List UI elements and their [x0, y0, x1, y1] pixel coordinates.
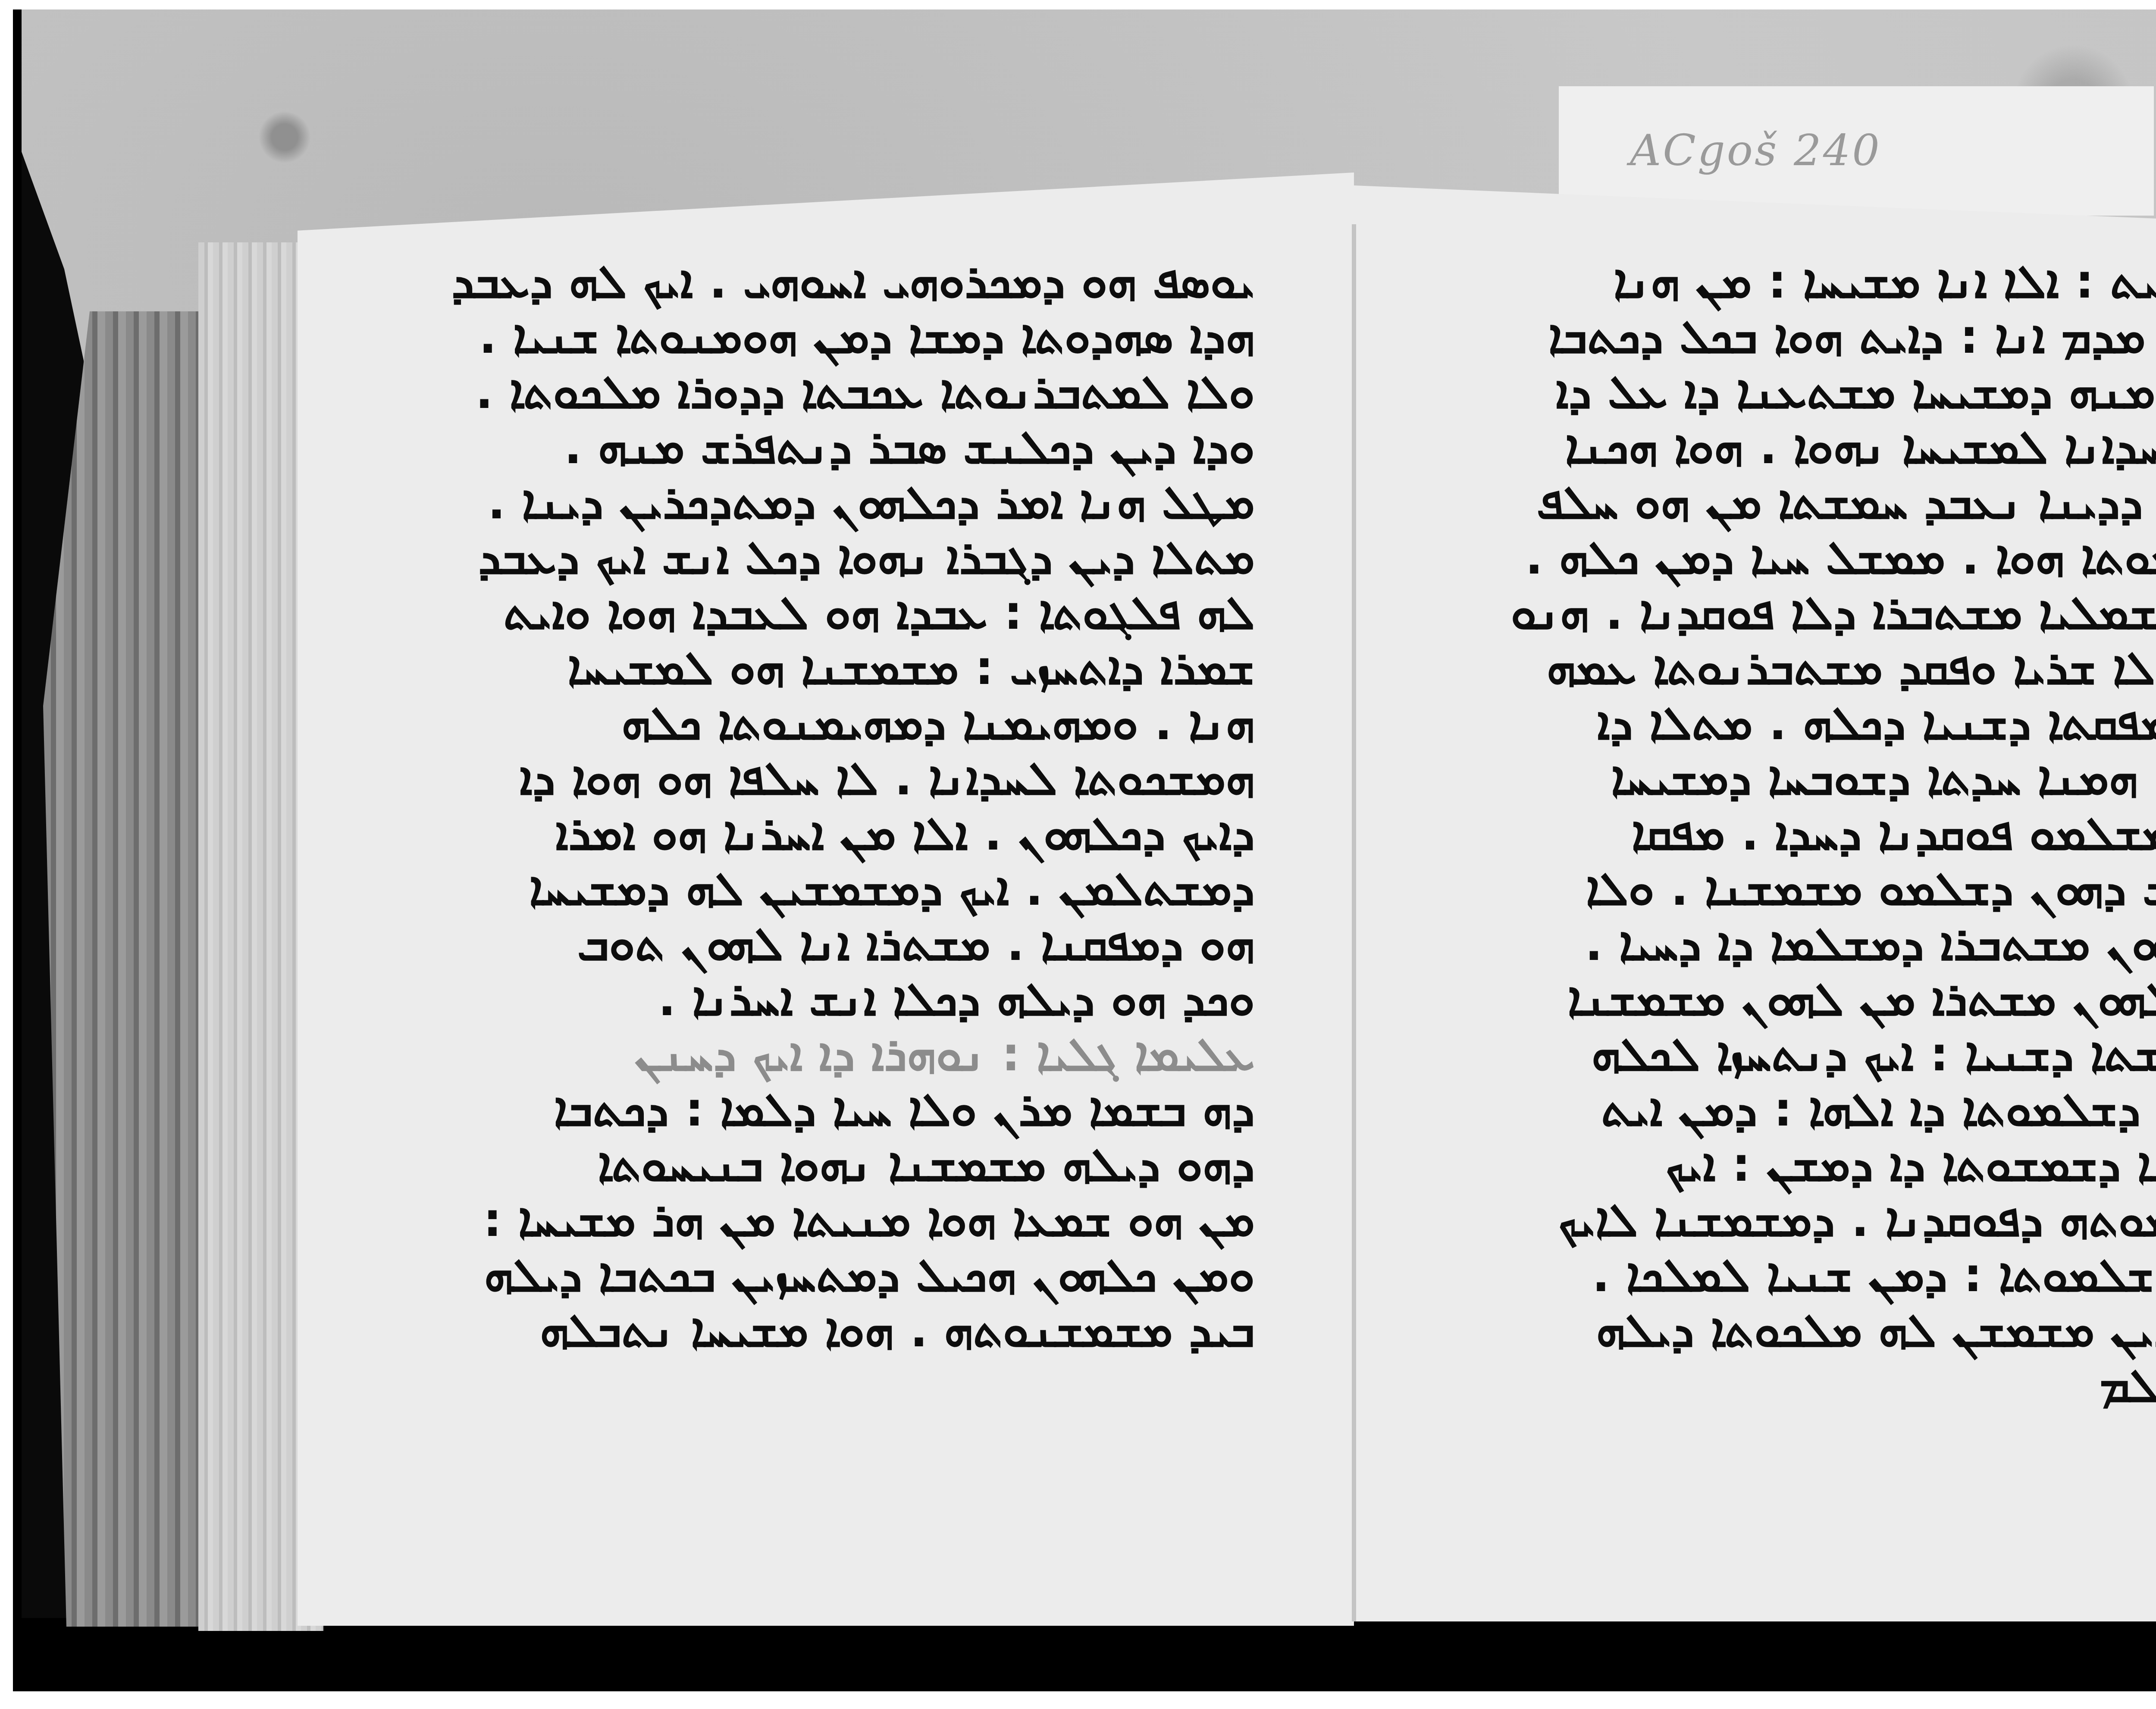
manuscript-line: ܠܐ ܠܡܫܠܡܘ ܦܘܩܕܢܐ ܕܚܕܐ . ܡܦܩܐ — [1462, 806, 2156, 862]
manuscript-line: ܗܢܐ ܕܝܢ ܡܫܡܫܢ ܠܗ ܡܠܟܘܬܐ ܕܝܠܗ — [1462, 1303, 2156, 1358]
manuscript-line: ܘܠܐ ܠܗܘܢ ܡܫܬܪܐ ܡܢ ܠܗܘܢ ܡܫܡܫܢܐ — [1462, 972, 2156, 1027]
manuscript-line: ܘܟܕ ܗܘ ܕܝܠܗ ܕܟܠܐ ܐܢܫ ܐܚܪܢܐ . — [414, 972, 1255, 1027]
manuscript-line: ܗܡܫܟܘܬܐ ܠܚܕܐܢܐ . ܠܐ ܚܠܦܐ ܗܘ ܗܘܐ ܕܐ — [414, 751, 1255, 806]
manuscript-line: ܗܘ ܕܡܦܩܢܐ . ܡܫܬܪܐ ܐܢܐ ܠܗܘܢ ܬܘܒ — [414, 917, 1255, 972]
rubric-line: ܥܠܝܡܐ ܓܠܝܐ : ܢܘܗܪܐ ܕܐ ܐܝܟ ܕܚܢܢ — [414, 1027, 1255, 1082]
right-page-text: ܕܗܘܕܝܬ : ܐܠܐ ܐܢܐ ܡܫܝܚܐ : ܡܢ ܗܢܐܗܘܠܐ ܡܕܡ … — [1462, 254, 2156, 1414]
manuscript-line: ܡܢ ܡܫܡܠܝܐ ܡܫܬܒܪܐ ܕܠܐ ܦܘܩܕܢܐ . ܗܢܘ — [1462, 586, 2156, 641]
manuscript-line: ܕܫܠܡܘܬܐ ܗܘܐ . ܡܡܫܠ ܚܝܐ ܕܡܢ ܟܠܗ . — [1462, 530, 2156, 586]
manuscript-line: ܕܐܗܘܐ ܗܡܢܐ ܚܕܬܐ ܕܫܘܒܚܐ ܕܡܫܝܚܐ — [1462, 751, 2156, 806]
manuscript-line: ܗܘܠܐ ܡܕܡ ܐܢܐ : ܕܐܝܬ ܗܘܐ ܒܟܠ ܕܟܬܒܐ — [1462, 310, 2156, 365]
manuscript-line: ܡܢ ܗܘ ܫܡܥܐ ܗܘܐ ܡܢܝܬܐ ܡܢ ܗܪ ܡܫܝܚܐ : — [414, 1193, 1255, 1248]
manuscript-line: ܕܡܫܬܠܡܢ . ܐܝܟ ܕܡܫܡܫܝܢ ܠܗ ܕܡܫܝܚܐ — [414, 862, 1255, 917]
manuscript-line: ܡܬܠܐ ܕܝܢ ܕܓܒܪܐ ܢܗܘܐ ܕܟܠ ܐܢܫ ܐܝܟ ܕܥܒܕ — [414, 530, 1255, 586]
manuscript-line: ܗܢܐ . ܘܡܗܝܡܢܐ ܕܡܗܝܡܢܘܬܐ ܟܠܗ — [414, 696, 1255, 751]
manuscript-line: ܡܚܒ ܡܢܗ ܕܡܫܝܚܐ ܡܫܬܥܢܐ ܕܐ ܥܠ ܕܐ — [1462, 365, 2156, 420]
manuscript-line: ܚܡܫܐ ܕܕܝܢܐ ܢܥܒܕ ܚܡܫܬܐ ܡܢ ܗܘ ܚܠܦ — [1462, 475, 2156, 530]
manuscript-line: ܕܕܝܢ ܫܠܡܘܬܐ : ܕܡܢ ܫܢܝܐ ܠܡܠܟܐ . — [1462, 1248, 2156, 1303]
left-page-text: ܝܘܣܦ ܗܘ ܕܡܟܪܘܗܝ ܐܚܘܗܝ . ܐܝܟ ܠܗ ܕܥܒܕܗܕܐ ܣ… — [414, 254, 1255, 1358]
manuscript-line: ܕܐܝܟ ܕܟܠܗܘܢ . ܐܠܐ ܡܢ ܐܚܪܢܐ ܗܘ ܐܡܪܐ — [414, 806, 1255, 862]
manuscript-line: ܝܘܣܦ ܗܘ ܕܡܟܪܘܗܝ ܐܚܘܗܝ . ܐܝܟ ܠܗ ܕܥܒܕ — [414, 254, 1255, 310]
manuscript-line: ܘܠܐ ܠܡܬܒܪܢܘܬܐ ܥܟܒܬܐ ܕܕܘܪܐ ܡܠܟܘܬܐ . — [414, 365, 1255, 420]
manuscript-line: ܘܕܐ ܕܝܢ ܕܟܠܢܫ ܣܒܪ ܕܢܬܦܪܫ ܡܢܗ . — [414, 420, 1255, 475]
manuscript-line: ܕ ܫܡܫܬܐ ܕܫܢܝܐ : ܐܝܟ ܕܢܬܚܙܐ ܠܟܠܗ — [1462, 1027, 2156, 1082]
manuscript-line: ܡܛܠ ܗܢܐ ܐܡܪ ܕܟܠܗܘܢ ܕܡܬܕܟܪܝܢ ܕܝܢܐ . — [414, 475, 1255, 530]
manuscript-line: ܕܗܘ ܚܕܐܢܐ ܠܡܫܝܚܐ ܢܗܘܐ . ܗܘܐ ܗܟܢܐ — [1462, 420, 2156, 475]
manuscript-line: ܗܫܠܡܘܬܗ ܕܦܘܩܕܢܐ . ܕܡܫܡܫܢܐ ܠܐܝܟ — [1462, 1193, 2156, 1248]
manuscript-line: ܠܟܠܗܘܢ ܡܫܬܒܪܐ ܕܡܫܠܡܐ ܕܐ ܕܚܝܐ . — [1462, 917, 2156, 972]
manuscript-line: ܒܝܕ ܡܫܡܫܢܘܬܗ . ܗܘܐ ܡܫܝܚܐ ܢܬܒܠܗ — [414, 1303, 1255, 1358]
bottom-shadow — [13, 1631, 2156, 1691]
manuscript-line: ܫܡܪܐ ܕܐܬܚܙܝ : ܡܫܡܫܢܐ ܗܘ ܠܡܫܝܚܐ — [414, 641, 1255, 696]
manuscript-line: ܠܗ ܦܠܓܘܬܐ : ܥܒܕܐ ܗܘ ܠܥܒܕܐ ܗܘܐ ܘܐܝܬ — [414, 586, 1255, 641]
manuscript-line: ܗܕܐ ܣܗܕܘܬܐ ܕܡܫܐ ܕܡܢ ܗܘܡܢܘܬܐ ܫܢܝܐ . — [414, 310, 1255, 365]
manuscript-line: ܐܢܐ ܕܐ ܕܫܠܡܘܬܐ ܕܐ ܐܠܗܐ : ܕܡܢ ܐܝܬ — [1462, 1082, 2156, 1138]
manuscript-line: ܘܡܢ ܟܠܗܘܢ ܗܟܝܠ ܕܡܬܚܙܝܢ ܒܟܬܒܐ ܕܝܠܗ — [414, 1248, 1255, 1303]
manuscript-line: ܕܗܘ ܕܝܠܗ ܡܫܡܫܢܐ ܢܗܘܐ ܒܢܝܚܘܬܐ — [414, 1138, 1255, 1193]
manuscript-line: ܕܡ : ܠܐ ܫܪܝܐ ܘܦܩܕ ܡܫܬܒܪܢܘܬܐ ܥܡܗ — [1462, 641, 2156, 696]
manuscript-line: ܡܠܐ ܡܦܩܬܐ ܕܫܢܝܐ ܕܟܠܗ . ܡܬܠܐ ܕܐ — [1462, 696, 2156, 751]
manuscript-line: ܫܡ ܫܠܡ — [1462, 1358, 2156, 1414]
manuscript-line: ܕܗܘܕܝܬ : ܐܠܐ ܐܢܐ ܡܫܝܚܐ : ܡܢ ܗܢܐ — [1462, 254, 2156, 310]
manuscript-line: ܠܚܡܫ ܕܗܘܢ ܕܫܠܡܘ ܡܫܡܫܢܐ . ܘܠܐ — [1462, 862, 2156, 917]
manuscript-line: ܕܡܫܢܐ ܕܫܡܫܘܬܐ ܕܐ ܕܡܫܢ : ܐܝܟ — [1462, 1138, 2156, 1193]
shelf-label-text: ACgoš 240 — [1630, 125, 1881, 176]
manuscript-line: ܕܗ ܒܫܡܐ ܡܪܢ ܘܠܐ ܚܝܐ ܕܠܡܐ : ܕܟܬܒܐ — [414, 1082, 1255, 1138]
book-gutter — [1352, 224, 1356, 1621]
